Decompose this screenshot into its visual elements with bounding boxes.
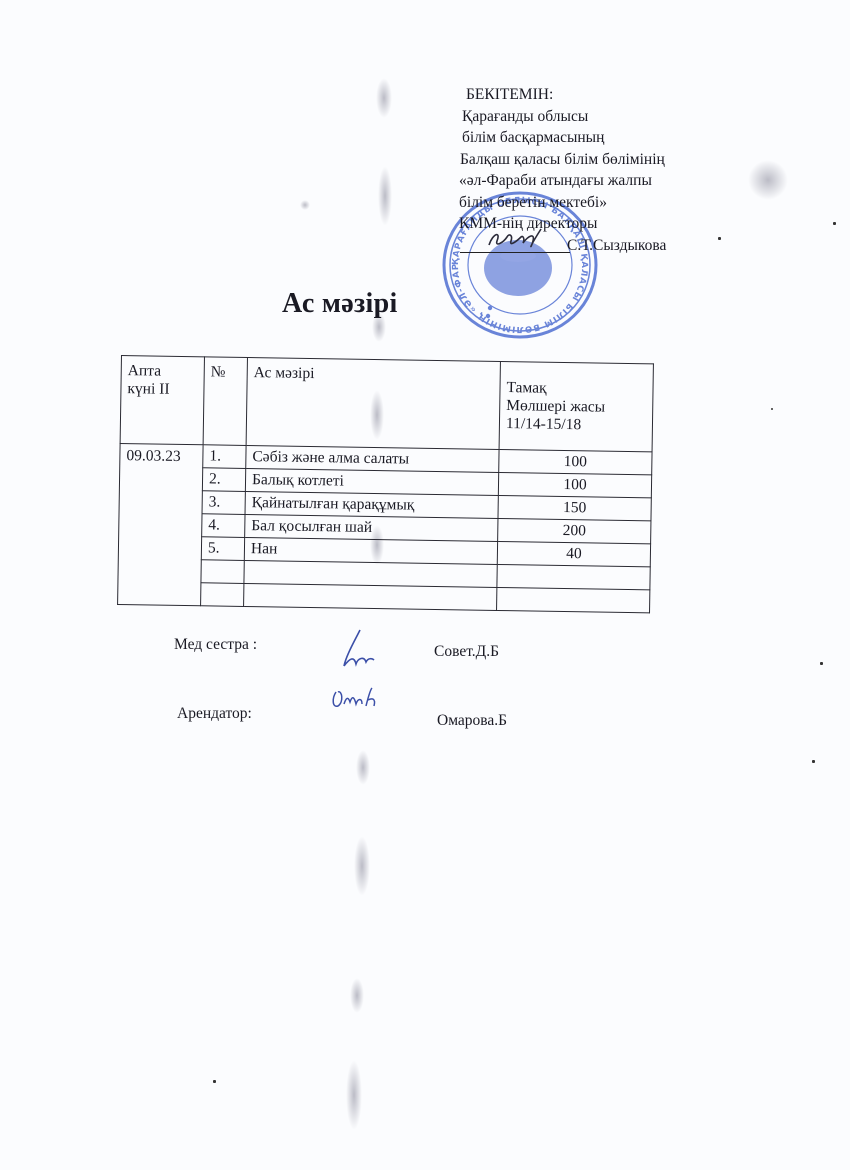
scan-noise [300,200,310,210]
approval-line: «әл-Фараби атындағы жалпы [459,170,755,192]
row-portion: 150 [498,495,651,520]
scan-noise [346,1060,362,1130]
scan-noise [350,978,364,1013]
approval-heading: БЕКІТЕМІН: [466,84,755,106]
row-portion [497,564,650,589]
scan-dot [833,222,836,225]
scan-dot [213,1080,216,1083]
nurse-name: Совет.Д.Б [434,643,499,661]
table-header-row: Апта күні II № Ас мәзірі Тамақ Мөлшері ж… [120,356,653,452]
row-number: 4. [202,514,245,538]
row-portion: 40 [497,541,650,566]
menu-table: Апта күні II № Ас мәзірі Тамақ Мөлшері ж… [117,355,654,613]
director-signature-icon [483,225,553,253]
header-portion-line2: Мөлшері жасы [506,397,652,417]
header-day-line1: Апта [128,362,204,381]
approval-line: Балқаш қаласы білім бөлімінің [460,149,755,171]
header-number: № [203,357,247,446]
header-portion: Тамақ Мөлшері жасы 11/14-15/18 [499,361,653,451]
header-portion-line1: Тамақ [506,379,652,399]
tenant-name: Омарова.Б [437,712,507,730]
row-number: 1. [203,445,246,469]
scan-noise [376,78,392,118]
nurse-signature-icon [340,628,380,672]
row-number: 3. [202,491,245,515]
director-signature-line: С.Т.Сыздыкова [455,235,755,257]
approval-line: білім беретін мектебі» [459,192,755,214]
document-page: ҚАРАҒАНДЫ ОБЛЫСЫ БАЛҚАШ ҚАЛАСЫ БІЛІМ БӨЛ… [0,0,850,1170]
scan-noise [354,836,370,896]
row-dish [244,583,497,610]
row-portion: 200 [498,518,651,543]
row-portion: 100 [498,472,651,497]
nurse-label: Мед сестра : [174,636,257,654]
row-number [201,560,244,584]
date-cell: 09.03.23 [118,443,204,605]
approval-line: білім басқармасының [462,127,755,149]
tenant-label: Арендатор: [177,705,252,723]
scan-noise [356,750,370,785]
scan-dot [820,662,823,665]
approval-line: Қарағанды облысы [462,106,755,128]
header-menu: Ас мәзірі [246,357,500,449]
header-day: Апта күні II [120,356,204,445]
approval-block: БЕКІТЕМІН: Қарағанды облысы білім басқар… [455,84,755,257]
header-portion-line3: 11/14-15/18 [506,415,652,435]
row-number: 2. [202,468,245,492]
scan-noise [378,166,392,226]
director-name: С.Т.Сыздыкова [567,235,666,257]
row-number [201,583,244,607]
row-portion: 100 [499,449,652,474]
header-day-line2: күні II [127,380,203,399]
scan-dot [771,408,773,410]
scan-dot [812,760,815,763]
page-title: Ас мәзірі [282,288,398,320]
row-number: 5. [201,537,244,561]
row-portion [497,587,650,612]
tenant-signature-icon [330,684,384,714]
